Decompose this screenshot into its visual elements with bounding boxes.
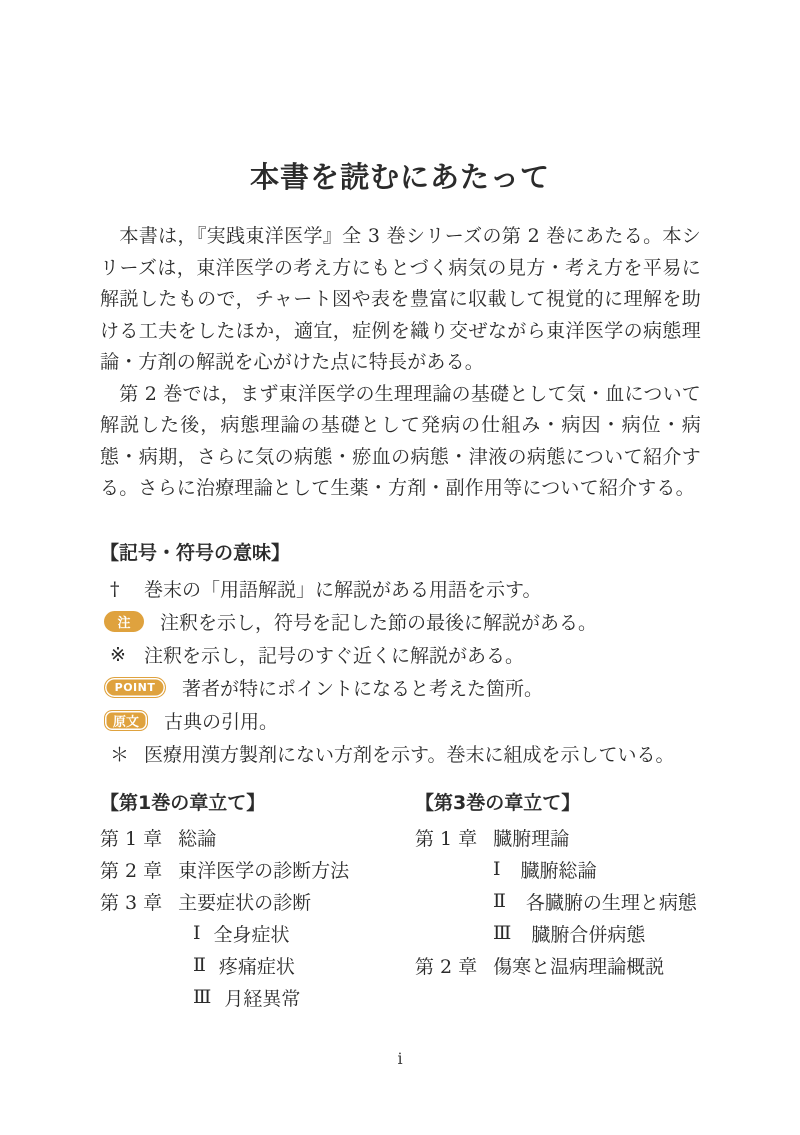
reference-mark-symbol: ※: [100, 644, 144, 666]
section-numeral: Ⅲ: [193, 986, 211, 1008]
legend-item-text: 著者が特にポイントになると考えた箇所。: [182, 674, 543, 701]
chapter-title: 傷寒と温病理論概説: [493, 952, 664, 979]
intro-paragraph-2: 第 2 巻では，まず東洋医学の生理理論の基礎として気・血について解説した後，病態…: [100, 379, 701, 505]
note-badge-icon: 注: [104, 611, 144, 632]
section-entry: Ⅲ 臓腑合併病態: [415, 917, 721, 949]
section-entry: Ⅲ 月経異常: [100, 981, 415, 1013]
chapter-title: 臓腑理論: [493, 824, 569, 851]
section-title: 月経異常: [224, 984, 300, 1011]
chapter-label: 第 1 章: [415, 824, 477, 851]
asterisk-symbol: ＊: [100, 740, 144, 767]
section-title: 臓腑合併病態: [531, 920, 645, 947]
section-title: 臓腑総論: [521, 856, 597, 883]
volume1-outline: 【第1巻の章立て】 第 1 章 総論 第 2 章 東洋医学の診断方法 第 3 章…: [100, 790, 415, 1013]
section-entry: Ⅱ 疼痛症状: [100, 949, 415, 981]
legend-item-text: 古典の引用。: [164, 707, 278, 734]
chapter-label: 第 2 章: [100, 856, 162, 883]
chapter-entry: 第 1 章 総論: [100, 821, 415, 853]
legend-item-point: POINT 著者が特にポイントになると考えた箇所。: [100, 671, 701, 704]
dagger-symbol: †: [100, 578, 144, 600]
legend-item-asterisk: ＊ 医療用漢方製剤にない方剤を示す。巻末に組成を示している。: [100, 737, 701, 770]
point-badge-icon: POINT: [104, 677, 166, 698]
section-numeral: Ⅱ: [493, 890, 506, 912]
legend-heading: 【記号・符号の意味】: [100, 540, 701, 566]
legend-item-note: 注 注釈を示し，符号を記した節の最後に解説がある。: [100, 605, 701, 638]
chapter-title: 総論: [178, 824, 216, 851]
symbol-legend-section: 【記号・符号の意味】 † 巻末の「用語解説」に解説がある用語を示す。 注 注釈を…: [100, 540, 701, 770]
intro-section: 本書は，『実践東洋医学』全 3 巻シリーズの第 2 巻にあたる。本シリーズは，東…: [100, 221, 701, 505]
chapter-entry: 第 2 章 東洋医学の診断方法: [100, 853, 415, 885]
section-title: 各臓腑の生理と病態: [526, 888, 697, 915]
section-title: 疼痛症状: [219, 952, 295, 979]
page-number: i: [0, 1049, 800, 1068]
chapter-label: 第 2 章: [415, 952, 477, 979]
legend-item-text: 医療用漢方製剤にない方剤を示す。巻末に組成を示している。: [144, 740, 674, 767]
legend-item-dagger: † 巻末の「用語解説」に解説がある用語を示す。: [100, 572, 701, 605]
legend-item-reference-mark: ※ 注釈を示し，記号のすぐ近くに解説がある。: [100, 638, 701, 671]
section-entry: Ⅰ 全身症状: [100, 917, 415, 949]
volume3-heading: 【第3巻の章立て】: [415, 790, 721, 816]
page-title: 本書を読むにあたって: [0, 155, 800, 196]
book-page: 本書を読むにあたって 本書は，『実践東洋医学』全 3 巻シリーズの第 2 巻にあ…: [0, 0, 800, 1135]
chapter-entry: 第 2 章 傷寒と温病理論概説: [415, 949, 721, 981]
chapter-entry: 第 1 章 臓腑理論: [415, 821, 721, 853]
legend-item-text: 注釈を示し，記号のすぐ近くに解説がある。: [144, 641, 524, 668]
chapter-label: 第 3 章: [100, 888, 162, 915]
section-numeral: Ⅰ: [493, 858, 501, 880]
section-numeral: Ⅲ: [493, 922, 511, 944]
section-entry: Ⅱ 各臓腑の生理と病態: [415, 885, 721, 917]
legend-item-text: 注釈を示し，符号を記した節の最後に解説がある。: [160, 608, 597, 635]
section-numeral: Ⅱ: [193, 954, 206, 976]
volume1-heading: 【第1巻の章立て】: [100, 790, 415, 816]
chapter-label: 第 1 章: [100, 824, 162, 851]
volume-outline-section: 【第1巻の章立て】 第 1 章 総論 第 2 章 東洋医学の診断方法 第 3 章…: [100, 790, 721, 1013]
chapter-title: 主要症状の診断: [178, 888, 311, 915]
legend-item-genbun: 原文 古典の引用。: [100, 704, 701, 737]
section-numeral: Ⅰ: [193, 922, 201, 944]
section-title: 全身症状: [214, 920, 290, 947]
genbun-badge-icon: 原文: [104, 710, 148, 731]
legend-item-text: 巻末の「用語解説」に解説がある用語を示す。: [144, 575, 541, 602]
chapter-entry: 第 3 章 主要症状の診断: [100, 885, 415, 917]
section-entry: Ⅰ 臓腑総論: [415, 853, 721, 885]
intro-paragraph-1: 本書は，『実践東洋医学』全 3 巻シリーズの第 2 巻にあたる。本シリーズは，東…: [100, 221, 701, 379]
chapter-title: 東洋医学の診断方法: [178, 856, 349, 883]
volume3-outline: 【第3巻の章立て】 第 1 章 臓腑理論 Ⅰ 臓腑総論 Ⅱ 各臓腑の生理と病態 …: [415, 790, 721, 1013]
